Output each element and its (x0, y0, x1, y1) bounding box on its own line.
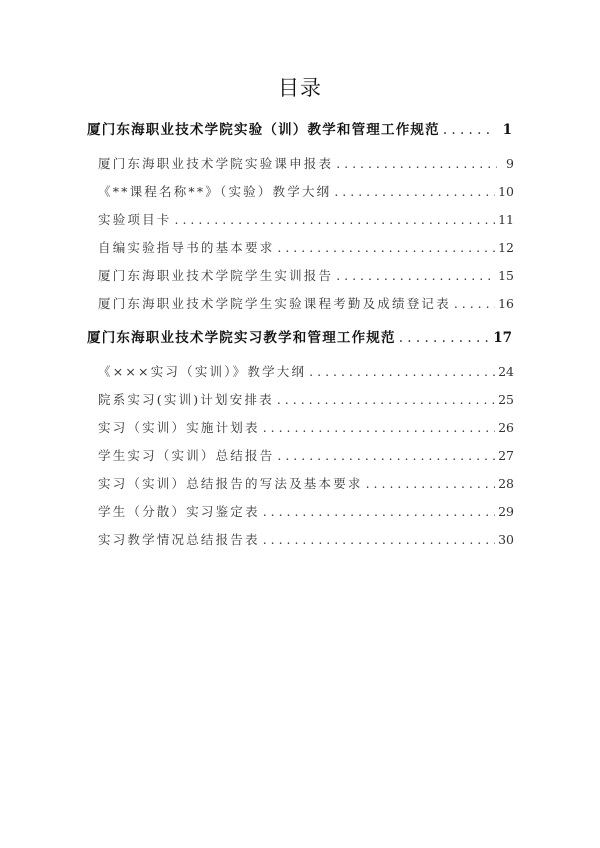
toc-entry-title: 厦门东海职业技术学院实习教学和管理工作规范 (87, 324, 396, 352)
toc-entry-title: 厦门东海职业技术学院实验课申报表 (98, 150, 333, 178)
dot-leader (309, 358, 495, 386)
dot-leader (277, 442, 495, 470)
toc-entry[interactable]: 实习（实训）实施计划表 26 (87, 414, 514, 442)
toc-entry[interactable]: 实验项目卡 11 (87, 206, 514, 234)
toc-entry-title: 《×××实习（实训）》教学大纲 (98, 358, 306, 386)
toc-entry-page: 9 (500, 150, 514, 178)
toc-entry[interactable]: 厦门东海职业技术学院学生实训报告 15 (87, 262, 514, 290)
dot-leader (336, 262, 495, 290)
toc-entry-title: 实习（实训）总结报告的写法及基本要求 (98, 470, 363, 498)
table-of-contents: 厦门东海职业技术学院实验（训）教学和管理工作规范 1 厦门东海职业技术学院实验课… (87, 116, 514, 554)
dot-leader (277, 386, 495, 414)
dot-leader (399, 324, 491, 352)
toc-entry-title: 学生实习（实训）总结报告 (98, 442, 274, 470)
toc-entry[interactable]: 实习教学情况总结报告表 30 (87, 526, 514, 554)
toc-entry[interactable]: 学生实习（实训）总结报告 27 (87, 442, 514, 470)
toc-entry-title: 自编实验指导书的基本要求 (98, 234, 274, 262)
toc-entry-section-2[interactable]: 厦门东海职业技术学院实习教学和管理工作规范 17 (87, 324, 514, 352)
toc-entry-title: 《**课程名称**》（实验）教学大纲 (98, 178, 331, 206)
toc-entry[interactable]: 实习（实训）总结报告的写法及基本要求 28 (87, 470, 514, 498)
toc-entry-page: 12 (498, 234, 514, 262)
toc-entry-page: 24 (498, 358, 514, 386)
toc-entry-page: 16 (498, 290, 514, 318)
dot-leader (263, 526, 495, 554)
toc-entry-page: 11 (498, 206, 514, 234)
toc-entry[interactable]: 厦门东海职业技术学院实验课申报表 9 (87, 150, 514, 178)
toc-entry-page: 15 (498, 262, 514, 290)
dot-leader (277, 234, 495, 262)
page-title: 目录 (0, 72, 600, 102)
dot-leader (334, 178, 495, 206)
toc-entry-page: 29 (498, 498, 514, 526)
toc-entry-page: 17 (493, 324, 514, 352)
toc-entry-title: 厦门东海职业技术学院学生实验课程考勤及成绩登记表 (98, 290, 451, 318)
toc-entry[interactable]: 《**课程名称**》（实验）教学大纲 10 (87, 178, 514, 206)
toc-entry-section-1[interactable]: 厦门东海职业技术学院实验（训）教学和管理工作规范 1 (87, 116, 514, 144)
toc-entry[interactable]: 学生（分散）实习鉴定表 29 (87, 498, 514, 526)
toc-entry-title: 学生（分散）实习鉴定表 (98, 498, 260, 526)
toc-entry[interactable]: 院系实习(实训)计划安排表 25 (87, 386, 514, 414)
toc-entry[interactable]: 自编实验指导书的基本要求 12 (87, 234, 514, 262)
toc-entry-title: 厦门东海职业技术学院实验（训）教学和管理工作规范 (87, 116, 440, 144)
toc-entry-title: 实习教学情况总结报告表 (98, 526, 260, 554)
toc-entry-title: 实习（实训）实施计划表 (98, 414, 260, 442)
toc-entry-page: 27 (498, 442, 514, 470)
toc-entry[interactable]: 厦门东海职业技术学院学生实验课程考勤及成绩登记表 16 (87, 290, 514, 318)
dot-leader (443, 116, 495, 144)
toc-entry[interactable]: 《×××实习（实训）》教学大纲 24 (87, 358, 514, 386)
toc-entry-page: 26 (498, 414, 514, 442)
toc-entry-title: 院系实习(实训)计划安排表 (98, 386, 274, 414)
toc-entry-page: 28 (498, 470, 514, 498)
dot-leader (263, 414, 495, 442)
toc-entry-page: 10 (498, 178, 514, 206)
dot-leader (263, 498, 495, 526)
toc-entry-page: 30 (498, 526, 514, 554)
toc-entry-page: 1 (498, 116, 514, 144)
dot-leader (454, 290, 495, 318)
dot-leader (366, 470, 495, 498)
toc-entry-title: 实验项目卡 (98, 206, 172, 234)
dot-leader (336, 150, 497, 178)
toc-entry-page: 25 (498, 386, 514, 414)
dot-leader (175, 206, 496, 234)
toc-entry-title: 厦门东海职业技术学院学生实训报告 (98, 262, 333, 290)
